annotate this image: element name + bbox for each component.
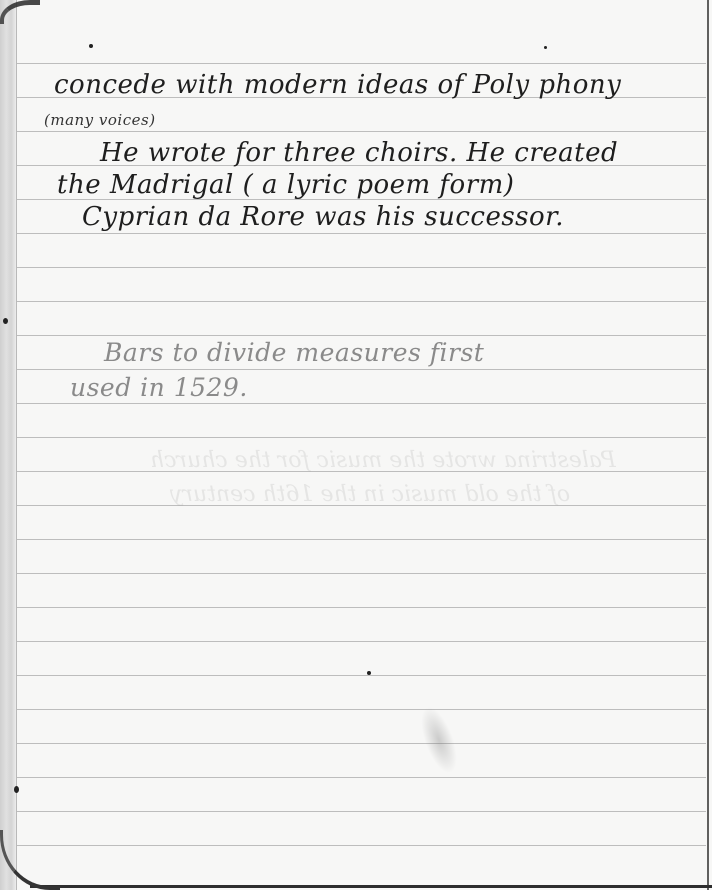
ink-speck bbox=[544, 46, 547, 49]
ruled-line bbox=[17, 267, 706, 268]
ruled-line bbox=[17, 301, 706, 302]
ruled-line bbox=[17, 437, 706, 438]
ruled-line bbox=[17, 845, 706, 846]
bleed-through-text: of the old music in the 16th century bbox=[170, 482, 570, 507]
page-right-edge bbox=[707, 0, 709, 890]
ruled-line bbox=[17, 403, 706, 404]
handwritten-line-madrigal: the Madrigal ( a lyric poem form) bbox=[57, 170, 514, 200]
ruled-line bbox=[17, 335, 706, 336]
ruled-line bbox=[17, 743, 706, 744]
handwritten-line-polyphony: concede with modern ideas of Poly phony bbox=[54, 70, 621, 100]
ruled-line bbox=[17, 573, 706, 574]
page-bottom-edge bbox=[30, 885, 712, 888]
ruled-line bbox=[17, 607, 706, 608]
ruled-line bbox=[17, 63, 706, 64]
ruled-line bbox=[17, 233, 706, 234]
ruled-line bbox=[17, 369, 706, 370]
handwritten-line-three-choirs: He wrote for three choirs. He created bbox=[100, 138, 618, 168]
page-binding-edge bbox=[0, 0, 16, 890]
bleed-through-text: Palestrina wrote the music for the churc… bbox=[150, 448, 616, 473]
ruled-line bbox=[17, 131, 706, 132]
handwritten-line-cyprian-da-rore: Cyprian da Rore was his successor. bbox=[82, 202, 564, 232]
handwritten-line-many-voices: (many voices) bbox=[44, 111, 156, 129]
binding-margin-line bbox=[16, 0, 17, 890]
ruled-line bbox=[17, 641, 706, 642]
ruled-line bbox=[17, 709, 706, 710]
ruled-line bbox=[17, 777, 706, 778]
notebook-page: Palestrina wrote the music for the churc… bbox=[0, 0, 712, 890]
ink-speck bbox=[89, 44, 93, 48]
ruled-line bbox=[17, 675, 706, 676]
pencil-line-bars-divide-measures: Bars to divide measures first bbox=[104, 338, 484, 367]
ink-speck bbox=[367, 671, 371, 675]
ruled-line bbox=[17, 539, 706, 540]
ink-speck bbox=[3, 318, 8, 324]
ruled-line bbox=[17, 811, 706, 812]
paper-stain bbox=[414, 702, 464, 777]
pencil-line-used-in-1529: used in 1529. bbox=[70, 373, 248, 402]
ink-speck bbox=[14, 786, 19, 793]
